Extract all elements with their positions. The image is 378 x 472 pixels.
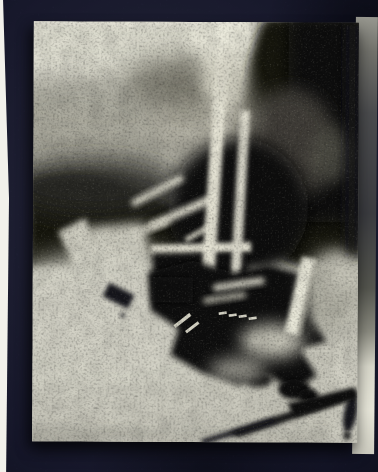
grain-overlay xyxy=(32,21,359,442)
scene xyxy=(0,0,378,472)
photograph xyxy=(32,21,359,442)
photobook-page xyxy=(32,21,359,442)
